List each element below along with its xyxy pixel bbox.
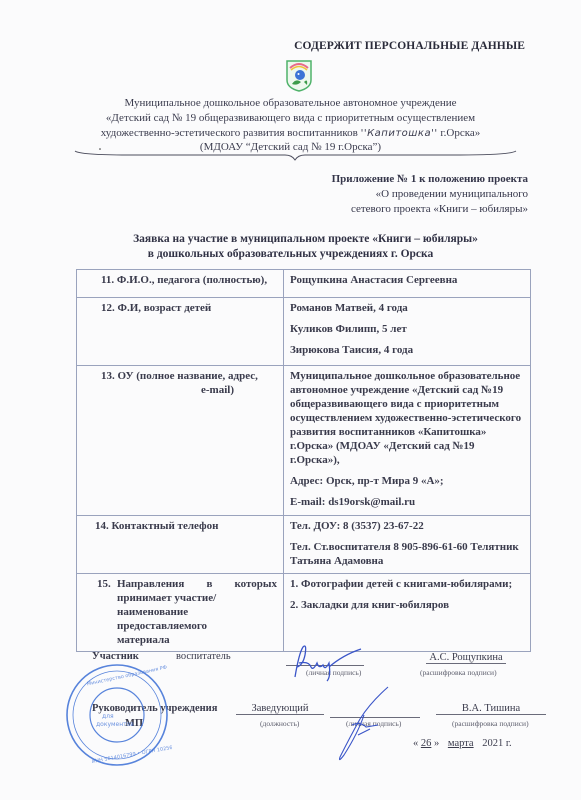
table-row: 12. Ф.И, возраст детей Романов Матвей, 4… [77, 298, 531, 366]
submission-direction: 1. Фотографии детей с книгами-юбилярами; [290, 577, 524, 591]
table-row: 14. Контактный телефон Тел. ДОУ: 8 (3537… [77, 516, 531, 574]
date-open-quote: « [413, 738, 418, 749]
date-year: 2021 г. [482, 738, 511, 749]
field-label-cell: 12. Ф.И, возраст детей [77, 298, 284, 366]
org-line-2: «Детский сад № 19 общеразвивающего вида … [0, 111, 581, 126]
field-label-cell: 15. Направления в которых принимает учас… [77, 574, 284, 652]
field-value-cell: Романов Матвей, 4 года Куликов Филипп, 5… [284, 298, 531, 366]
field-label-cell: 13. ОУ (полное название, адрес, e-mail) [77, 366, 284, 516]
field-value-cell: Тел. ДОУ: 8 (3537) 23-67-22 Тел. Ст.восп… [284, 516, 531, 574]
title-line-1: Заявка на участие в муниципальном проект… [0, 232, 581, 247]
date-month: марта [442, 738, 480, 749]
field-value-cell: Рощупкина Анастасия Сергеевна [284, 270, 531, 298]
appendix-line-3: сетевого проекта «Книги – юбиляры» [332, 202, 528, 217]
label-word: Направления [117, 577, 184, 591]
org-line-3: художественно-эстетического развития вос… [0, 126, 581, 141]
child-entry: Зирюкова Таисия, 4 года [290, 343, 524, 357]
submission-direction: 2. Закладки для книг-юбиляров [290, 598, 524, 612]
senior-teacher-contact: Тел. Ст.воспитателя 8 905-896-61-60 Теля… [290, 540, 524, 568]
confidential-notice: СОДЕРЖИТ ПЕРСОНАЛЬНЫЕ ДАННЫЕ [294, 40, 525, 52]
head-name: В.А. Тишина [436, 703, 546, 715]
kindergarten-emblem-icon [284, 58, 314, 92]
field-number: 15. [97, 577, 117, 647]
org-kindergarten-name: ''Капитошка'' [361, 128, 438, 139]
institution-address: Адрес: Орск, пр-т Мира 9 «А»; [290, 474, 524, 488]
institution-full-name: Муниципальное дошкольное образовательное… [290, 369, 524, 467]
field-label-first-line: Направления в которых [117, 577, 277, 591]
signing-date: « 26 » марта 2021 г. [413, 738, 512, 749]
head-position-caption: (должность) [260, 719, 299, 728]
participant-role: воспитатель [176, 651, 231, 662]
field-label: 11. Ф.И.О., педагога (полностью), [83, 273, 277, 287]
field-label: 15. Направления в которых принимает учас… [83, 577, 277, 647]
org-line-1: Муниципальное дошкольное образовательное… [0, 96, 581, 111]
field-label-cell: 11. Ф.И.О., педагога (полностью), [77, 270, 284, 298]
application-form-table: 11. Ф.И.О., педагога (полностью), Рощупк… [76, 269, 531, 652]
appendix-reference: Приложение № 1 к положению проекта «О пр… [332, 172, 528, 217]
title-line-2: в дошкольных образовательных учреждениях… [0, 247, 581, 262]
table-row: 13. ОУ (полное название, адрес, e-mail) … [77, 366, 531, 516]
head-name-caption: (расшифровка подписи) [452, 719, 529, 728]
appendix-line-2: «О проведении муниципального [332, 187, 528, 202]
field-label-continued: e-mail) [83, 383, 277, 397]
field-value-cell: 1. Фотографии детей с книгами-юбилярами;… [284, 574, 531, 652]
field-label: 13. ОУ (полное название, адрес, [83, 369, 277, 383]
field-value-cell: Муниципальное дошкольное образовательное… [284, 366, 531, 516]
child-entry: Романов Матвей, 4 года [290, 301, 524, 315]
org-line-3-prefix: художественно-эстетического развития вос… [101, 127, 358, 139]
head-position: Заведующий [236, 703, 324, 715]
date-close-quote: » [434, 738, 439, 749]
field-label-cell: 14. Контактный телефон [77, 516, 284, 574]
svg-text:для: для [102, 713, 114, 720]
appendix-line-1: Приложение № 1 к положению проекта [332, 172, 528, 187]
teacher-full-name: Рощупкина Анастасия Сергеевна [290, 273, 524, 287]
svg-text:документов: документов [96, 721, 134, 728]
organization-name: Муниципальное дошкольное образовательное… [0, 96, 581, 141]
table-row: 11. Ф.И.О., педагога (полностью), Рощупк… [77, 270, 531, 298]
date-day: 26 [421, 738, 432, 749]
table-row: 15. Направления в которых принимает учас… [77, 574, 531, 652]
org-line-3-suffix: г.Орска» [440, 127, 480, 139]
label-word: в [206, 577, 212, 591]
field-label: 12. Ф.И, возраст детей [83, 301, 277, 315]
participant-name-caption: (расшифровка подписи) [420, 668, 497, 677]
child-entry: Куликов Филипп, 5 лет [290, 322, 524, 336]
participant-handwritten-signature-icon [283, 643, 363, 683]
field-label-rest: принимает участие/наименование предостав… [117, 591, 237, 647]
label-word: которых [234, 577, 277, 591]
participant-name: А.С. Рощупкина [426, 652, 506, 664]
institution-phone: Тел. ДОУ: 8 (3537) 23-67-22 [290, 519, 524, 533]
head-handwritten-signature-icon [330, 685, 400, 765]
institution-email: E-mail: ds19orsk@mail.ru [290, 495, 524, 509]
document-title: Заявка на участие в муниципальном проект… [0, 232, 581, 262]
svg-text:ИНН 5614016799 • ОГРН 10256019: ИНН 5614016799 • ОГРН 1025601930658 [91, 740, 172, 765]
official-round-stamp-icon: Министерство образования РФ ИНН 56140167… [62, 660, 172, 770]
header-brace-divider [70, 143, 520, 163]
field-label: 14. Контактный телефон [83, 519, 277, 533]
